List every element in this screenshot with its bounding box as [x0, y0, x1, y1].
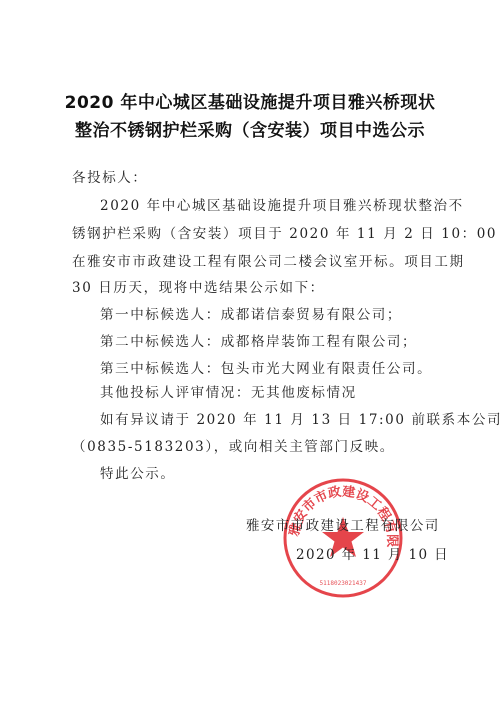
body-line-2: 锈钢护栏采购（含安装）项目于 2020 年 11 月 2 日 10：00: [72, 222, 497, 242]
company-seal-icon: 雅安市市政建设工程有限公司 5118023021437: [282, 477, 404, 599]
candidate-3: 第三中标候选人：包头市光大网业有限责任公司。: [100, 357, 432, 377]
body-line-1: 2020 年中心城区基础设施提升项目雅兴桥现状整治不: [100, 194, 464, 214]
candidate-1: 第一中标候选人：成都诺信泰贸易有限公司；: [100, 303, 402, 323]
other-bidders-line: 其他投标人评审情况：无其他废标情况: [100, 381, 357, 401]
body-line-4: 30 日历天，现将中选结果公示如下：: [72, 276, 325, 296]
title-line-2: 整治不锈钢护栏采购（含安装）项目中选公示: [0, 116, 500, 141]
svg-text:5118023021437: 5118023021437: [320, 580, 367, 587]
signature-date: 2020 年 11 月 10 日: [296, 543, 449, 563]
salutation: 各投标人：: [72, 166, 148, 186]
closing-line: 特此公示。: [100, 462, 176, 482]
signature-company: 雅安市市政建设工程有限公司: [246, 514, 440, 534]
objection-line-2: （0835-5183203），或向相关主管部门反映。: [72, 435, 395, 455]
objection-line-1: 如有异议请于 2020 年 11 月 13 日 17:00 前联系本公司: [100, 408, 500, 428]
title-line-1: 2020 年中心城区基础设施提升项目雅兴桥现状: [0, 88, 500, 113]
body-line-3: 在雅安市市政建设工程有限公司二楼会议室开标。项目工期: [72, 250, 465, 270]
candidate-2: 第二中标候选人：成都格岸装饰工程有限公司；: [100, 330, 417, 350]
